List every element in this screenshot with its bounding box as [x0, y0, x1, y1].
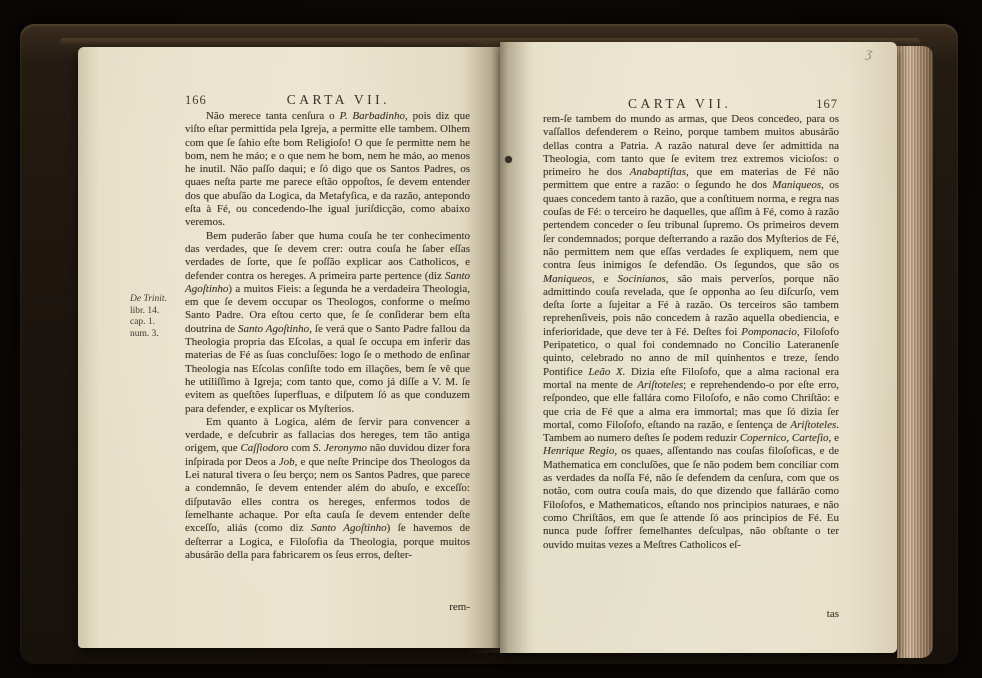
- italic-text-segment: Job: [279, 456, 295, 468]
- italic-text-segment: Ariſtoteles: [637, 379, 683, 391]
- right-page-text: rem-ſe tambem do mundo as armas, que Deo…: [543, 113, 839, 552]
- text-segment: , os quaes concedem tanto à razão, que a…: [543, 179, 839, 271]
- text-segment: , e: [592, 273, 618, 285]
- italic-text-segment: Copernico: [740, 432, 786, 444]
- page-edges-left: [27, 52, 80, 653]
- left-page-header: 166 CARTA VII.: [185, 92, 470, 108]
- margin-note-line: De Trinit.: [130, 294, 184, 306]
- left-page-number: 166: [185, 93, 207, 108]
- text-segment: com: [288, 442, 313, 454]
- paragraph: Em quanto à Logica, além de ſervir para …: [185, 416, 470, 562]
- paragraph: Bem puderão ſaber que huma couſa he ter …: [185, 230, 470, 416]
- italic-text-segment: Carteſio: [792, 432, 829, 444]
- right-catchword-row: tas: [543, 607, 839, 621]
- margin-note-line: cap. 1.: [130, 317, 184, 329]
- margin-note-citation: De Trinit. libr. 14. cap. 1. num. 3.: [130, 294, 184, 340]
- italic-text-segment: Henrique Regio: [543, 445, 614, 457]
- left-page-text: Não merece tanta cenſura o P. Barbadinho…: [185, 110, 470, 562]
- italic-text-segment: Pomponacio: [741, 326, 797, 338]
- left-running-title: CARTA VII.: [207, 92, 470, 108]
- text-segment: , ſe verá que o Santo Padre fallou da Th…: [185, 323, 470, 415]
- italic-text-segment: Socinianos: [618, 273, 666, 285]
- italic-text-segment: Caſſiodoro: [240, 442, 288, 454]
- right-page-header: CARTA VII. 167: [543, 96, 838, 112]
- italic-text-segment: P. Barbadinho: [340, 110, 405, 122]
- italic-text-segment: Leão X.: [588, 366, 625, 378]
- catchword: tas: [543, 608, 839, 621]
- text-segment: , pois diz que viſto eſtar permittida pe…: [185, 110, 470, 228]
- italic-text-segment: Ariſtoteles: [790, 419, 836, 431]
- left-catchword-row: rem-: [185, 600, 470, 614]
- text-segment: , os quaes, aſſentando nas couſas filoſo…: [543, 445, 839, 550]
- italic-text-segment: S. Jeronymo: [313, 442, 367, 454]
- right-page-number: 167: [816, 97, 838, 112]
- catchword: rem-: [185, 601, 470, 614]
- paragraph: rem-ſe tambem do mundo as armas, que Deo…: [543, 113, 839, 552]
- text-segment: Bem puderão ſaber que huma couſa he ter …: [185, 230, 470, 282]
- italic-text-segment: Anabaptiſtas: [630, 166, 686, 178]
- margin-note-line: num. 3.: [130, 329, 184, 341]
- italic-text-segment: Santo Agoſtinho: [238, 323, 309, 335]
- right-running-title: CARTA VII.: [543, 96, 816, 112]
- book-photo-scene: 166 CARTA VII. De Trinit. libr. 14. cap.…: [0, 0, 982, 678]
- text-segment: Não merece tanta cenſura o: [206, 110, 340, 122]
- italic-text-segment: Maniqueos: [772, 179, 821, 191]
- margin-bullet-icon: [505, 156, 512, 163]
- page-edges-right: [897, 46, 933, 658]
- paragraph: Não merece tanta cenſura o P. Barbadinho…: [185, 110, 470, 230]
- margin-note-line: libr. 14.: [130, 306, 184, 318]
- italic-text-segment: Santo Agoſtinho: [311, 522, 387, 534]
- text-segment: , e: [829, 432, 839, 444]
- italic-text-segment: Maniqueos: [543, 273, 592, 285]
